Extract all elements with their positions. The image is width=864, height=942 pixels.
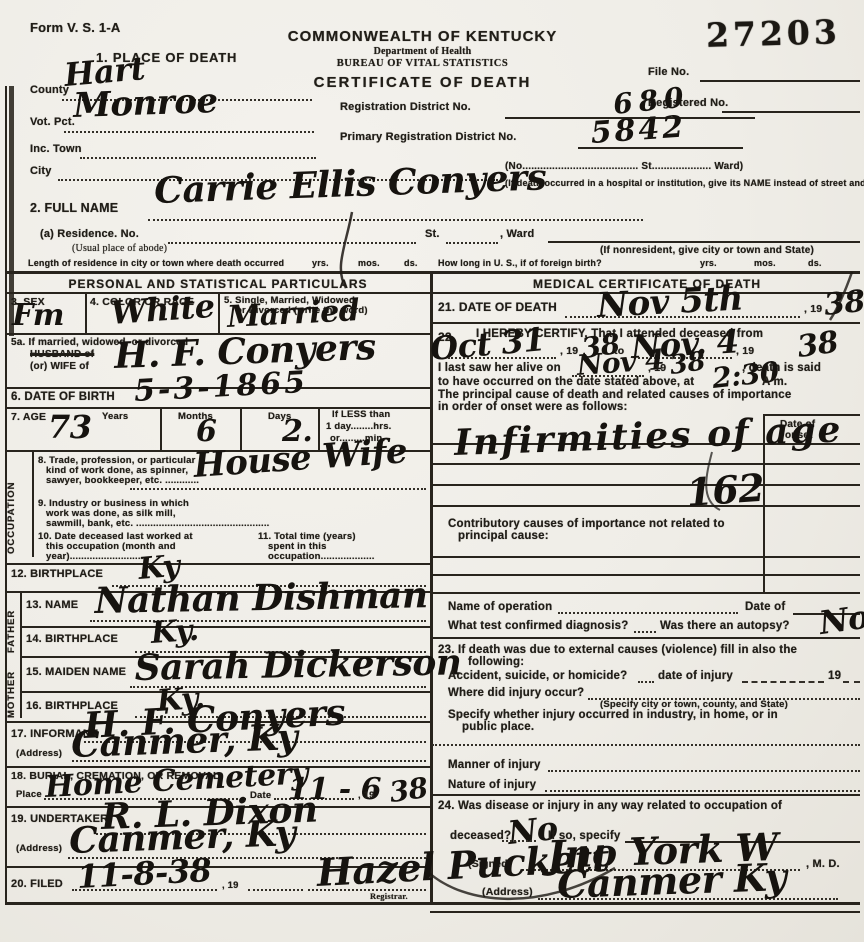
residence-ward-line [548,241,860,243]
burial-19-label: , 19 [358,790,375,801]
residence-no-fill [168,242,416,244]
primary-reg-handwriting: 5842 [590,109,688,151]
residence-abode-note: (Usual place of abode) [72,243,167,254]
dob-label: 6. DATE OF BIRTH [11,391,115,403]
form-code: Form V. S. 1-A [30,20,120,35]
nature-injury-label: Nature of injury [448,779,536,791]
row-border [20,626,432,628]
spouse-wife-label: (or) WIFE of [30,361,89,372]
injury-date-label: date of injury [658,670,733,682]
date-of-death-label: 21. DATE OF DEATH [438,300,557,314]
nature-injury-fill [545,790,860,792]
cause-rule [432,463,860,465]
q23-line2: following: [468,656,524,668]
operation-fill [558,612,738,614]
occurred-pre: to have occurred on the date stated abov… [438,376,694,388]
age-less-label-1: If LESS than [332,409,390,420]
principal-cause-line2: in order of onset were as follows: [438,401,628,413]
where-injury-label: Where did injury occur? [448,687,584,699]
residence-nonresident-note: (If nonresident, give city or town and S… [600,245,814,256]
manner-injury-fill [548,770,860,772]
color-race-handwriting: White [109,287,215,332]
length-us-text: How long in U. S., if of foreign birth? [438,258,602,268]
cause-rule [432,574,860,576]
personal-title: PERSONAL AND STATISTICAL PARTICULARS [6,277,430,291]
autopsy-label: Was there an autopsy? [660,620,790,632]
residence-st-label: St. [425,228,440,240]
accident-label: Accident, suicide, or homicide? [448,670,627,682]
informant-address-label: (Address) [16,748,62,759]
cause-rule [432,556,860,558]
cell-divider [160,407,162,450]
cause-rule [432,505,860,507]
death-certificate-scan: Form V. S. 1-A 1. PLACE OF DEATH COMMONW… [0,0,864,942]
registrar-label: Registrar. [370,891,408,901]
last-saw-19: , 19 [648,362,666,374]
injury-19-label: 19 [828,670,841,682]
filed-19-label: , 19 [222,880,239,891]
length-yrs1: yrs. [312,258,329,268]
specify-fill [432,744,860,746]
city-label: City [30,165,52,177]
age-less-label-2: 1 day........hrs. [326,421,392,432]
reg-district-label: Registration District No. [340,101,471,113]
md-label: , M. D. [806,858,840,870]
header-bureau: BUREAU OF VITAL STATISTICS [250,58,595,69]
vot-pct-handwriting: Monroe [73,81,219,126]
residence-label: (a) Residence. No. [40,228,139,240]
manner-injury-label: Manner of injury [448,759,541,771]
filed-date-fill [72,889,217,891]
test-label: What test confirmed diagnosis? [448,620,628,632]
county-label: County [30,84,69,96]
burial-place-label: Place [16,789,42,800]
mother-side-label: MOTHER [6,660,17,718]
undertaker-address-label: (Address) [16,843,62,854]
length-yrs2: yrs. [700,258,717,268]
last-saw-pre: I last saw her alive on [438,362,561,374]
specify-line1: Specify whether injury occurred in indus… [448,709,778,721]
specify-line2: public place. [462,721,534,733]
father-name-label: 13. NAME [26,599,78,611]
registered-no-line [722,111,860,113]
occupation-side-label: OCCUPATION [6,462,17,554]
attended-to-year-handwriting: 38 [795,325,840,365]
side-column-divider [20,591,22,718]
contributory-label-2: principal cause: [458,530,549,542]
test-fill [634,631,656,633]
q23-line1: 23. If death was due to external causes … [438,644,797,656]
accident-fill [638,681,654,683]
father-birthplace-label: 14. BIRTHPLACE [26,633,118,645]
physician-address-label: (Address) [482,886,533,898]
spouse-husband-struck: HUSBAND of [30,349,94,360]
lastworked-label-3: year)........................... [46,551,146,562]
row-border [5,563,432,565]
birthplace-label: 12. BIRTHPLACE [11,568,103,580]
date-of-death-19: , 19 [804,303,822,315]
cause-code-handwriting: 162 [685,465,766,515]
residence-ward-label: , Ward [500,228,534,240]
full-name-handwriting: Carrie Ellis Conyers [154,156,547,212]
injury-19-fill [843,681,860,683]
inc-town-fill-line [80,157,316,159]
date-of-death-handwriting: Nov 5th [596,278,744,326]
side-column-divider [32,450,34,557]
filed-label: 20. FILED [11,878,63,890]
operation-label: Name of operation [448,601,552,613]
cause-rule [432,484,860,486]
attended-from-fill [448,357,556,359]
vot-pct-fill-line [64,131,314,133]
trade-handwriting: House Wife [192,431,408,486]
primary-reg-label: Primary Registration District No. [340,131,517,143]
row-border [430,794,860,796]
cause-rule [432,592,860,594]
principal-cause-line1: The principal cause of death and related… [438,389,791,401]
cause-of-death-handwriting: Infirmities of age [454,408,844,464]
form-bottom-border [5,902,860,905]
age-label: 7. AGE [11,411,46,423]
autopsy-handwriting: No [817,597,864,642]
age-years-handwriting: 73 [48,408,92,446]
file-no-label: File No. [648,66,689,78]
length-mos1: mos. [358,258,380,268]
occurred-am: A m. [762,376,787,388]
cell-divider [85,292,87,333]
contributory-label-1: Contributory causes of importance not re… [448,518,725,530]
industry-label-3: sawmill, bank, etc. ....................… [46,518,270,529]
injury-date-fill [742,681,824,683]
q24-line1: 24. Was disease or injury in any way rel… [438,800,782,812]
length-ds1: ds. [404,258,418,268]
length-ds2: ds. [808,258,822,268]
row-border [430,637,860,639]
father-name-fill [90,620,426,622]
trade-fill-line [130,488,426,490]
father-name-handwriting: Nathan Dishman [94,574,428,622]
full-name-label: 2. FULL NAME [30,201,118,215]
attended-from-handwriting: Oct 31 [429,320,547,368]
file-no-line [700,80,860,82]
trade-label-3: sawyer, bookkeeper, etc. ............ [46,475,199,486]
father-side-label: FATHER [6,598,17,653]
length-residence-text: Length of residence in city or town wher… [28,258,284,268]
full-name-fill-line [148,219,643,221]
age-years-label: Years [102,411,128,422]
header-dept: Department of Health [250,46,595,57]
date-of-death-year-handwriting: 38 [822,284,864,323]
filed-19-fill [248,889,303,891]
totaltime-label-3: occupation................... [268,551,375,562]
header-certificate: CERTIFICATE OF DEATH [250,74,595,91]
right-bottom-extra-line [430,911,860,913]
burial-year-handwriting: 38 [387,771,429,809]
city-note: (If death occurred in a hospital or inst… [505,178,864,188]
length-mos2: mos. [754,258,776,268]
inc-town-label: Inc. Town [30,143,82,155]
residence-st-fill [446,242,498,244]
cell-divider [218,292,220,333]
certificate-number-stamp: 27203 [706,12,842,55]
attended-to-19: , 19 [736,345,754,357]
operation-dateof-label: Date of [745,601,785,613]
mother-name-label: 15. MAIDEN NAME [26,666,126,678]
header-commonwealth: COMMONWEALTH OF KENTUCKY [250,28,595,45]
vot-pct-label: Vot. Pct. [30,116,75,128]
row-border [20,691,432,693]
sex-handwriting: Fm [12,298,64,333]
